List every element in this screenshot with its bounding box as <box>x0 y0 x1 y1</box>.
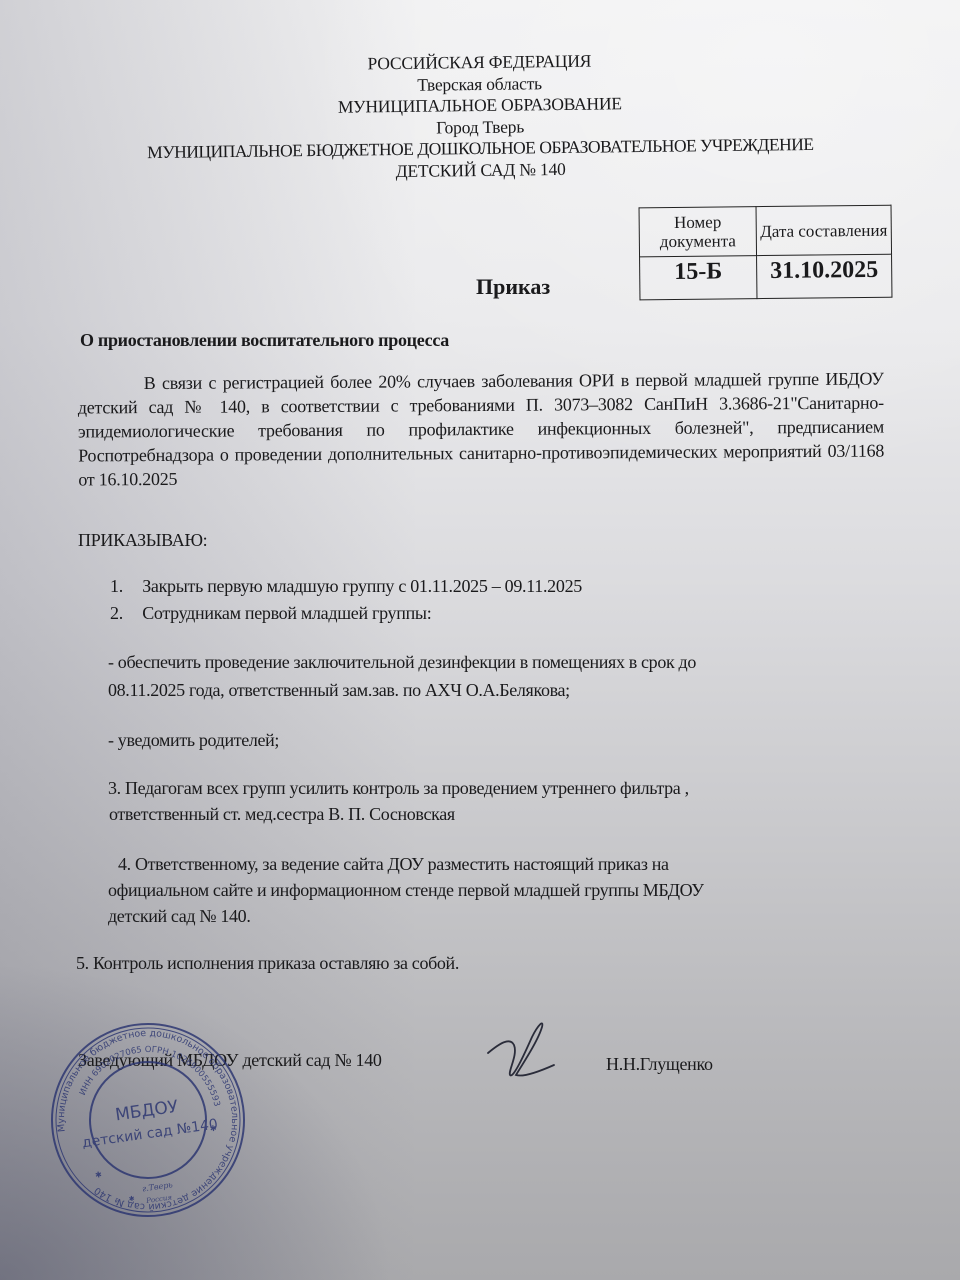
order-item-4-line3: детский сад № 140. <box>108 904 704 928</box>
document-page: РОССИЙСКАЯ ФЕДЕРАЦИЯ Тверская область МУ… <box>0 0 960 1280</box>
stamp-center-line2: детский сад №140 <box>81 1116 219 1151</box>
doc-number-value: 15-Б <box>640 256 757 300</box>
document-subject: О приостановлении воспитательного процес… <box>80 330 449 351</box>
preamble-paragraph: В связи с регистрацией более 20% случаев… <box>78 367 885 492</box>
handwritten-signature-icon <box>480 1015 560 1085</box>
order-item-4-line1: 4. Ответственному, за ведение сайта ДОУ … <box>108 852 704 876</box>
document-number-date-table: Номер документа Дата составления 15-Б 31… <box>639 205 893 301</box>
document-header: РОССИЙСКАЯ ФЕДЕРАЦИЯ Тверская область МУ… <box>89 47 871 186</box>
stamp-star-icon: ✱ <box>95 1170 103 1180</box>
order-item-4-line2: официальном сайте и информационном стенд… <box>108 878 704 902</box>
order-heading: ПРИКАЗЫВАЮ: <box>78 530 207 551</box>
order-item-1: 1. Закрыть первую младшую группу с 01.11… <box>110 574 582 598</box>
doc-date-value: 31.10.2025 <box>757 254 892 298</box>
order-item-3-line2: ответственный ст. мед.сестра В. П. Сосно… <box>108 802 689 826</box>
order-item-3: 3. Педагогам всех групп усилить контроль… <box>108 776 689 826</box>
official-stamp-icon: Муниципальное бюджетное дошкольное образ… <box>35 1007 261 1233</box>
order-item-3-line1: 3. Педагогам всех групп усилить контроль… <box>108 776 689 800</box>
order-item-1-text: Закрыть первую младшую группу с 01.11.20… <box>142 576 582 596</box>
sub-item-disinfection-line1: - обеспечить проведение заключительной д… <box>108 650 696 674</box>
stamp-city: г.Тверь <box>142 1180 174 1193</box>
order-item-4: 4. Ответственному, за ведение сайта ДОУ … <box>108 852 704 928</box>
order-item-5: 5. Контроль исполнения приказа оставляю … <box>76 951 459 975</box>
order-item-2-text: Сотрудникам первой младшей группы: <box>142 603 431 623</box>
document-title: Приказ <box>476 274 550 300</box>
sub-item-disinfection-line2: 08.11.2025 года, ответственный зам.зав. … <box>108 678 696 702</box>
order-item-1-number: 1. <box>110 574 138 598</box>
doc-number-header: Номер документа <box>639 207 757 257</box>
stamp-star-icon: ✱ <box>209 1124 217 1134</box>
doc-date-header: Дата составления <box>756 205 892 255</box>
sub-item-disinfection: - обеспечить проведение заключительной д… <box>108 650 696 702</box>
signatory-name: Н.Н.Глущенко <box>606 1054 713 1075</box>
stamp-center-line1: МБДОУ <box>114 1097 180 1126</box>
sub-item-notify-parents: - уведомить родителей; <box>108 728 279 752</box>
order-item-2-number: 2. <box>110 601 138 625</box>
order-item-2: 2. Сотрудникам первой младшей группы: <box>110 601 431 625</box>
stamp-star-icon: ✱ <box>128 1195 135 1204</box>
